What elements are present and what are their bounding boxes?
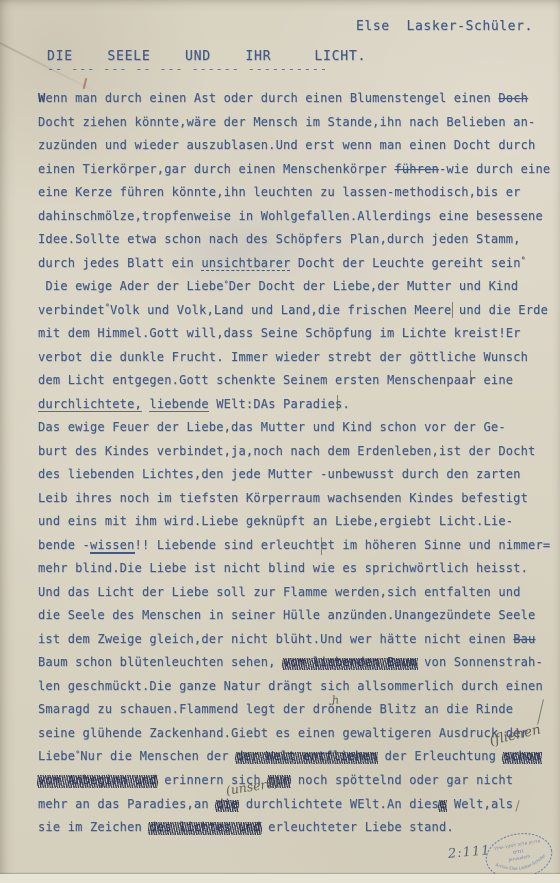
typed-text: sie im Zeichen bbox=[38, 820, 149, 834]
typescript-line: seine glühende Zackenhand.Giebt es einen… bbox=[38, 722, 545, 746]
typed-text: Baum schon blütenleuchten sehen, bbox=[38, 655, 283, 669]
typed-text: mehr an das Paradies,an bbox=[38, 797, 216, 811]
typescript-line: des liebenden Lichtes,den jede Mutter -u… bbox=[38, 463, 545, 487]
typescript-line: Das ewige Feuer der Liebe,das Mutter und… bbox=[38, 416, 545, 440]
typed-text: des liebenden Lichtes,den jede Mutter -u… bbox=[38, 467, 521, 481]
typescript-line: dem Licht entgegen.Gott schenkte Seinem … bbox=[38, 369, 545, 393]
typed-text: Der Docht der Liebe,der Mutter und Kind bbox=[229, 279, 519, 293]
typed-text: wissen bbox=[90, 538, 135, 554]
typescript-line: durchlichtete, liebende WElt:DAs Paradie… bbox=[38, 393, 545, 417]
typed-text: !! Liebende sind erleuchtet im höheren S… bbox=[135, 538, 551, 552]
typescript-line: zuzünden und wieder auszublasen.Und erst… bbox=[38, 134, 545, 158]
typed-text: ° bbox=[105, 303, 110, 313]
typescript-line: die Seele des Menschen in seiner Hülle a… bbox=[38, 604, 545, 628]
typescript-line: bende -wissen!! Liebende sind erleuchtet… bbox=[38, 534, 545, 558]
deleted-text: des lichtes und bbox=[149, 820, 260, 834]
typed-text: -wie durch eine bbox=[439, 162, 550, 176]
typed-text: Idee.Sollte etwa schon nach des Schöpfer… bbox=[38, 232, 521, 246]
typescript-line: mehr an das Paradies,an die(unsere) durc… bbox=[38, 792, 545, 816]
typed-text: Liebe bbox=[38, 749, 75, 763]
deleted-text: vom Anbeginn und bbox=[38, 773, 157, 787]
typed-text: Und das Licht der Liebe soll zur Flamme … bbox=[38, 585, 521, 599]
typed-text: Welt,als bbox=[446, 797, 513, 811]
typescript-line: Baum schon blütenleuchten sehen, vom lie… bbox=[38, 651, 545, 675]
typescript-line: Idee.Sollte etwa schon nach des Schöpfer… bbox=[38, 228, 545, 252]
deleted-text: e bbox=[439, 797, 446, 811]
typed-text: seine glühende Zackenhand.Giebt es einen… bbox=[38, 726, 528, 740]
typed-text: verbindet bbox=[38, 303, 105, 317]
deleted-text: vom liebenden Baum bbox=[283, 655, 417, 669]
typed-text: dahinschmölze,tropfenweise in Wohlgefall… bbox=[38, 209, 543, 223]
typed-text: durchlichtete, bbox=[38, 397, 142, 412]
typed-text: ° bbox=[75, 750, 80, 760]
typed-text: Docht ziehen könnte,wäre der Mensch im S… bbox=[38, 115, 535, 129]
typescript-line: Leib ihres noch im tiefsten Körperraum w… bbox=[38, 487, 545, 511]
typed-text: durch jedes Blatt ein bbox=[38, 256, 201, 270]
deleted-text: Bau bbox=[513, 632, 535, 646]
typed-text: noch spöttelnd oder gar nicht bbox=[290, 773, 513, 787]
typescript-line: ist dem Zweige gleich,der nicht blüht.Un… bbox=[38, 628, 545, 652]
typed-text: Nur die Menschen der bbox=[80, 749, 236, 763]
deleted-text: führen bbox=[394, 162, 439, 176]
typed-text: burt des Kindes verbindet,ja,noch nach d… bbox=[38, 444, 535, 458]
typescript-line: len geschmückt.Die ganze Natur drängt si… bbox=[38, 675, 545, 699]
typed-text: Das ewige Feuer der Liebe,das Mutter und… bbox=[38, 420, 506, 434]
typed-text: Die ewige Ader der Liebe bbox=[38, 279, 224, 293]
typed-text: ° bbox=[224, 280, 229, 290]
typescript-body: Wenn man durch einen Ast oder durch eine… bbox=[38, 87, 545, 839]
typed-text: die Seele des Menschen in seiner Hülle a… bbox=[38, 608, 535, 622]
typed-text: verbot die dunkle Frucht. Immer wieder s… bbox=[38, 350, 528, 364]
deleted-text: schon bbox=[503, 749, 540, 763]
typescript-line: Die ewige Ader der Liebe°Der Docht der L… bbox=[38, 275, 545, 299]
typescript-line: Und das Licht der Liebe soll zur Flamme … bbox=[38, 581, 545, 605]
typed-text: dem Licht entgegen.Gott schenkte Seinem … bbox=[38, 373, 513, 387]
typescript-line: Wenn man durch einen Ast oder durch eine… bbox=[38, 87, 545, 111]
scan-background-strip bbox=[0, 874, 560, 883]
deleted-text: Doch bbox=[498, 91, 528, 105]
typescript-line: einen Tierkörper,gar durch einen Mensche… bbox=[38, 158, 545, 182]
typed-text: Volk und Volk,Land und Land,die frischen… bbox=[110, 303, 548, 317]
typed-text: mehr blind.Die Liebe ist nicht blind wie… bbox=[38, 561, 528, 575]
typed-text: mit dem Himmel.Gott will,dass Seine Schö… bbox=[38, 326, 521, 340]
author-name: Else Lasker-Schüler. bbox=[356, 19, 533, 34]
typed-text: nende Blitz an die Rinde bbox=[335, 702, 513, 716]
typed-text: WElt:DAs Paradies. bbox=[209, 397, 350, 411]
stamp-city: Jerusalem bbox=[507, 854, 530, 864]
typed-text: enn man durch einen Ast oder durch einen… bbox=[45, 91, 498, 105]
typescript-line: Docht ziehen könnte,wäre der Mensch im S… bbox=[38, 111, 545, 135]
typed-text: der Erleuchtung bbox=[377, 749, 496, 763]
typed-text: durchlichtete WElt.An dies bbox=[238, 797, 438, 811]
typed-text: und eins mit ihm wird.Liebe geknüpft an … bbox=[38, 514, 513, 528]
typed-text: Leib ihres noch im tiefsten Körperraum w… bbox=[38, 491, 528, 505]
typescript-line: verbot die dunkle Frucht. Immer wieder s… bbox=[38, 346, 545, 370]
typed-text: erleuchteter Liebe stand. bbox=[261, 820, 454, 834]
typescript-line: durch jedes Blatt ein unsichtbarer Docht… bbox=[38, 252, 545, 276]
deleted-text: der Welt entfliehen bbox=[236, 749, 377, 763]
typed-text: ° bbox=[521, 256, 526, 266]
typed-text: Smaragd zu schauen.Flammend legt der drö bbox=[38, 702, 335, 716]
typescript-line: mehr blind.Die Liebe ist nicht blind wie… bbox=[38, 557, 545, 581]
typescript-line: burt des Kindes verbindet,ja,noch nach d… bbox=[38, 440, 545, 464]
typed-text: liebende bbox=[149, 397, 208, 412]
typed-text: von Sonnenstrah- bbox=[417, 655, 543, 669]
typed-text: eine Kerze führen könnte,ihn leuchten zu… bbox=[38, 185, 521, 199]
typed-text: unsichtbarer bbox=[201, 256, 290, 271]
typescript-line: vom Anbeginn und erinnern sich nun noch … bbox=[38, 769, 545, 793]
typescript-line: dahinschmölze,tropfenweise in Wohlgefall… bbox=[38, 205, 545, 229]
typescript-line: und eins mit ihm wird.Liebe geknüpft an … bbox=[38, 510, 545, 534]
typescript-line: mit dem Himmel.Gott will,dass Seine Schö… bbox=[38, 322, 545, 346]
typed-text: bende - bbox=[38, 538, 90, 552]
typescript-line: Smaragd zu schauen.Flammend legt der drö… bbox=[38, 698, 545, 722]
typescript-line: eine Kerze führen könnte,ihn leuchten zu… bbox=[38, 181, 545, 205]
typescript-line: verbindet°Volk und Volk,Land und Land,di… bbox=[38, 299, 545, 323]
typed-text: Docht der Leuchte gereiht sein bbox=[290, 256, 520, 270]
typed-text: einen Tierkörper,gar durch einen Mensche… bbox=[38, 162, 394, 176]
typed-text: ist dem Zweige gleich,der nicht blüht.Un… bbox=[38, 632, 513, 646]
typed-text: len geschmückt.Die ganze Natur drängt si… bbox=[38, 679, 543, 693]
typed-text: zuzünden und wieder auszublasen.Und erst… bbox=[38, 138, 535, 152]
typescript-line: sie im Zeichen des lichtes und erleuchte… bbox=[38, 816, 545, 840]
typescript-page: Else Lasker-Schüler. DIE SEELE UND IHR L… bbox=[0, 0, 560, 883]
title-underline: -- --- --- -- --- ------ ---------- bbox=[47, 62, 328, 76]
typescript-line: Liebe°Nur die Menschen der der Welt entf… bbox=[38, 745, 545, 769]
